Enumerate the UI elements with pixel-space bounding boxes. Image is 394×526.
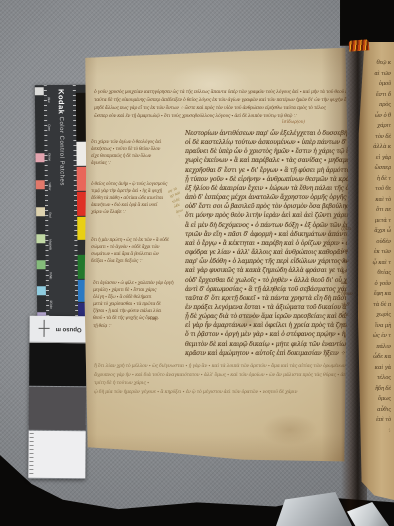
gloss-line: ∵ <box>177 203 209 220</box>
handwritten-line: ἐδόθη τὰ πάθη ∙ αὐτίκα ὧδε κινεῖται <box>91 195 183 202</box>
handwritten-line: ταῦτα δ' ὅτι κριτῇ δοκεῖ ∙ τὰ πάντα χρησ… <box>185 294 348 303</box>
handwritten-line: ἐξ ἡλίου δὲ ἀκαιρίαν ἔχειν ∙ ἑώρων τὰ ἔθ… <box>185 184 348 193</box>
handwritten-line: καὶ γὰ <box>366 363 391 374</box>
handwritten-line: ὥσπερ οὖν καὶ ἐν τῇ ἁμαρτωλῷ ∙ ὅτι τοὺς … <box>94 113 347 121</box>
handwritten-line: ὅτι ἡ μὲν πρώτη ∙ ὡς τὸ ἐκ τῶν ∙ ἃ οὐδὲ <box>91 237 183 244</box>
grayscale-patch-column <box>28 343 86 478</box>
heading-note: ἰσίδωρ(ου) <box>282 119 305 124</box>
endband <box>349 39 370 51</box>
handwritten-line: ὅτι μόνην πρὸς θεὸν λιτὴν ἱερὰν ἀεὶ καὶ … <box>185 211 348 220</box>
cyan-patch <box>37 286 46 295</box>
handwritten-line: ἵνα μὴ <box>366 321 391 332</box>
handwritten-line: ἡ δὲ τ <box>366 174 391 185</box>
handwritten-line: σωμάτων ∙ καὶ ἄρα ἃ βούλεται ὧν <box>91 251 183 258</box>
handwritten-line: ἤδη δὲ <box>366 384 391 395</box>
handwritten-line: ζῆσαι ∙ ᾗ καὶ τὴν φύσιν πάλαι λύει <box>93 308 185 315</box>
pale-green-patch <box>36 234 45 243</box>
patch-label: 3/Color <box>49 301 53 310</box>
handwritten-line: σώματι ∙ τὸ ἁγνὸν ∙ οὐδὲ ἄχρι τῶν <box>91 244 183 251</box>
handwritten-line: οὐδ' ἔρχεσθαι δὲ χωλοῖς ∙ τὸ ῥηθὲν ∙ ἀλλ… <box>185 276 348 285</box>
handwritten-line: θεμιτὸν δὲ καὶ καιρῷ δικαίῳ ∙ μήτε φιλίᾳ… <box>185 340 348 349</box>
handwritten-line: πρὸς <box>366 100 391 111</box>
handwritten-line: ᾗ τύπον γοῦν ∙ δὲ εἰρήνην ∙ ἀνθρωπίνων θ… <box>185 175 348 184</box>
handwritten-line: ∵ <box>366 426 391 437</box>
gloss-line: ἄνω <box>175 198 207 215</box>
handwritten-line: τριῶν ἂν εἴη ∙ πᾶσι δ' ἀφορμὴ ∙ καὶ ἀδικ… <box>185 230 348 239</box>
main-text-block: Νεστορίων ἀντιθέσεων παρ' ὧν ἐξελέγχεται… <box>185 129 348 358</box>
handwritten-line: ὅμως <box>366 394 391 405</box>
handwritten-line: τῇ θείᾳ ∵ <box>93 323 185 330</box>
patch-label-column: BlueCyanGreenYellowRedMagentaWhite3/Colo… <box>45 97 55 309</box>
kodak-strip-title: Kodak Color Control Patches <box>57 89 67 186</box>
handwritten-line: τιμᾷ γὰρ τὴν ἀρετὴν ἀεὶ ∙ ἧς ἃ ψυχῇ <box>91 188 183 195</box>
handwritten-line: πραΰνει δὲ ὑπὲρ ὧν ὁ χριστὸς ἡμῶν ∙ ἔστι… <box>185 147 348 156</box>
handwritten-line: ὁμοῦ <box>366 79 391 90</box>
handwritten-line: ἀντὶ δ' ὁρκωμοσίας ∙ ἃ τῇ ἀληθείᾳ τοῦ σε… <box>185 285 348 294</box>
gloss-line: γρ· καὶ <box>169 183 201 200</box>
handwritten-line: εἰ γὰρ <box>366 153 391 164</box>
grayscale-card: Opuso m <box>28 316 86 479</box>
gray-patch <box>29 387 86 430</box>
handwritten-line: οὐδὲν <box>366 237 391 248</box>
margin-scholium-2: ὁ θεῖος οὗτος ἀνὴρ ∙ ᾧ τοὺς λογισμοὺςτιμ… <box>91 181 183 216</box>
handwritten-line: ἐπὶ τὸ <box>366 415 391 426</box>
handwritten-line: ἀπὸ δ' ἑσπέρας μέχρι ἀνατολῶν ἄχρηστον ὁ… <box>185 193 348 202</box>
handwritten-line: χάριτ <box>366 121 391 132</box>
handwritten-line: ἔστι δ <box>366 90 391 101</box>
kodak-brand-text: Kodak <box>57 89 66 115</box>
handwritten-line: θείας <box>366 268 391 279</box>
pink-patch <box>35 153 44 162</box>
handwritten-line: ὀλίγη ∙ ἔξω ∙ ἃ οὐδὲ θελήματι <box>93 294 185 301</box>
handwritten-line: χάριν ὧν ἔλαβε ∵ <box>91 209 183 216</box>
registration-cross-icon <box>39 320 50 337</box>
handwritten-line: ὡς ἐν τ <box>366 331 391 342</box>
handwritten-line: θεοῦ ∙ τὰ δὲ τῆς ψυχῆς ὡς ὅμοια <box>93 315 185 322</box>
handwritten-line: εἶχε θεοπρεπῶς ἡ δὲ τῶν ὅλων <box>91 153 183 160</box>
handwritten-line: ᾧ δὴ μία τῶν ἡμερῶν γέγονε ∙ ἃ κηρύξει ∙… <box>94 389 346 398</box>
patch-label: Cyan <box>47 124 51 130</box>
handwritten-line: ὁ γοῦν <box>366 279 391 290</box>
patch-label: Yellow <box>48 182 52 190</box>
handwritten-line: Νεστορίων ἀντιθέσεων παρ' ὧν ἐξελέγχεται… <box>185 129 348 138</box>
handwritten-line: πάλιν <box>366 342 391 353</box>
handwritten-line: ἀλλὰ κ <box>366 142 391 153</box>
handwritten-line: σφόδρα γε λίαν ∙ ἀλλ' ἄλλοις καὶ ἀνθρώπο… <box>185 248 348 257</box>
handwritten-line: κεχρῆσθαι δ' ἔστι γε ∙ δι' ἔργων ∙ ἃ τῇ … <box>185 166 348 175</box>
green-patch <box>37 260 46 269</box>
margin-scholium-4: ὅτι ἁγίασον ∙ ὦ φίλε ∙ χαλεπὸν γὰρ ὀργὴμ… <box>93 280 185 330</box>
handwritten-line: καὶ ὁ ἔργῳ ∙ ἃ κέκτηται ∙ παρέβη καὶ ὁ ὁ… <box>185 239 348 248</box>
salmon-patch <box>36 180 45 189</box>
handwritten-line: τὰ δὲ π <box>366 300 391 311</box>
interlinear-gloss: ση· τὸγρ· καὶτὸ δὲὧδεἄνω∵ <box>167 178 209 220</box>
handwritten-line: ὅτι πε <box>366 205 391 216</box>
handwritten-line: ὅ τι ῥᾷστον ∙ ὀργὴ μὲν γὰρ ∙ καὶ ὁ στέφα… <box>185 330 348 339</box>
white-patch <box>35 87 44 95</box>
facing-page-text: θεῷ καὶ τῶνὁμοῦἔστι δπρὸςὧν ὁ θχάριττὸν … <box>358 58 394 436</box>
handwritten-line: μετὰ τ <box>366 216 391 227</box>
handwritten-line: θεῷ κ <box>366 58 391 69</box>
handwritten-line: ὅτι χάριν τῶν ἁγίων ὁ θεολόγος ἀεὶ <box>91 139 183 146</box>
patch-label: Green <box>47 153 51 161</box>
facing-page: θεῷ καὶ τῶνὁμοῦἔστι δπρὸςὧν ὁ θχάριττὸν … <box>358 42 394 500</box>
handwritten-line: χωρὶς <box>366 310 391 321</box>
handwritten-line: τέλος <box>366 373 391 384</box>
shelfmark-label: Opuso m <box>29 316 86 343</box>
handwritten-line: αὖθις <box>366 405 391 416</box>
handwritten-line: ὧν ὁ θ <box>366 111 391 122</box>
handwritten-line: εἰ γὰρ ἦν ἁμαρτάνων ∙ καὶ ὀφείλει ἡ χρεί… <box>185 321 348 330</box>
gloss-line: ση· τὸ <box>167 178 199 195</box>
handwritten-line: καὶ γὰρ φυσικῶς τὰ κακὰ ζημιώδη ἀλλὰ φρά… <box>185 266 348 275</box>
side-note: ἰωβ· <box>150 317 159 322</box>
handwritten-line: μεγάλη ∙ χάριτι δὲ ∙ ἔσται χάρις <box>93 287 185 294</box>
bottom-scholia-block: ἢ ὅτι λίαν χρὴ τὸ μέλλον ∙ ὡς διέγνωσται… <box>94 363 346 397</box>
handwritten-line: δεῖξαι ∙ ὅλα ἔχει δεξιῶς ∵ <box>91 258 183 265</box>
patch-label: Blue <box>47 97 51 102</box>
handwritten-line: μηδὲ ἄλλως πως γὰρ εἴ τις ἐκ τῶν ὄντων ⁘… <box>94 105 347 113</box>
handwritten-line: κρᾶσιν καὶ ἀμώμητον ∙ αὐτοῖς ἐπὶ δοκιμασ… <box>185 349 348 358</box>
handwritten-line: παρ' ὧν ἐδόθη ∙ ὁ λαμπρὸς τῆς περὶ εἰδώλ… <box>185 257 348 266</box>
handwritten-line: οὐδ' ἔστι σοι ὦ βασιλεῦ πρὸς τὸν ὁρισμὸν… <box>185 202 348 211</box>
handwritten-line: ἄχρι ὧ <box>366 226 391 237</box>
handwritten-line: ἐν πράξει λεγόμενα ἔσται ∙ τὰ ἀξιώματα τ… <box>185 303 348 312</box>
margin-scholium-3: ὅτι ἡ μὲν πρώτη ∙ ὡς τὸ ἐκ τῶν ∙ ἃ οὐδὲσ… <box>91 237 183 265</box>
handwritten-line: ἢ ὅτι λίαν χρὴ τὸ μέλλον ∙ ὡς διέγνωσται… <box>94 363 346 372</box>
handwritten-line: ὧδε κα <box>366 352 391 363</box>
black-patch <box>29 343 86 386</box>
color-strip-body: BlueCyanGreenYellowRedMagentaWhite3/Colo… <box>44 85 78 317</box>
handwritten-line: οἱ δὲ καστελλίῳ τούτων ἀσκουμένων ∙ ὑπὲρ… <box>185 138 348 147</box>
manuscript-page-verso: ὁ γοῦν χρυσὸς μοιχείαν κατηγόρησεν ὡς τὰ… <box>84 47 348 463</box>
handwritten-line: ὁ θεῖος οὗτος ἀνὴρ ∙ ᾧ τοὺς λογισμοὺς <box>91 181 183 188</box>
handwritten-line: μετὰ τὸ χαρίσασθαι ∙ τὰ πρῶτα δὲ <box>93 301 185 308</box>
handwritten-line: ὥσπερ <box>366 163 391 174</box>
handwritten-line: ὅτι ἁγίασον ∙ ὦ φίλε ∙ χαλεπὸν γὰρ ὀργὴ <box>93 280 185 287</box>
handwritten-line: ὁ γοῦν χρυσὸς μοιχείαν κατηγόρησεν ὡς τὰ… <box>94 89 347 97</box>
gloss-line: τὸ δὲ <box>171 188 203 205</box>
handwritten-line: ᾗ δὲ χώρας διὰ τὸ στενὸν ἅμα ἱερῶν πρεσβ… <box>185 312 348 321</box>
handwritten-line: ἄγρυπνος γὰρ ἦν ∙ καὶ διὰ τοῦτο ἀναγκαιό… <box>94 372 346 381</box>
top-scholia-block: ὁ γοῦν χρυσὸς μοιχείαν κατηγόρησεν ὡς τὰ… <box>94 89 347 121</box>
margin-scholium-1: ὅτι χάριν τῶν ἁγίων ὁ θεολόγος ἀεὶἀσκήσε… <box>91 139 183 167</box>
handwritten-line: ταῦτα δὲ τῆς οἰκουμένης ὥσπερ ἀπέδειξεν … <box>94 97 347 105</box>
shelfmark-label-text: Opuso m <box>56 326 82 332</box>
handwritten-line: ἔφη κα <box>366 289 391 300</box>
handwritten-line: τρίτη δὲ ἡ τούτων χάρις ∙ <box>94 380 346 389</box>
handwritten-line: ἁγνείας ∵ <box>91 160 183 167</box>
handwritten-line: αὶ τῶν <box>366 69 391 80</box>
cream-patch <box>36 207 45 216</box>
patch-label: Red <box>48 212 52 217</box>
manuscript-photo: BlueCyanGreenYellowRedMagentaWhite3/Colo… <box>0 0 394 526</box>
handwritten-line: τὸν δὲ <box>366 132 391 143</box>
handwritten-line: ἃ εἰ μὲν δὴ δεχόμενος ∙ ὁ πάντων δόξῃ ∙ … <box>185 221 348 230</box>
patch-label: White <box>49 272 53 279</box>
strip-title-text: Color Control Patches <box>58 117 65 186</box>
handwritten-line: ἐκ τῶν <box>366 247 391 258</box>
handwritten-line: ᾧ καὶ τ <box>366 258 391 269</box>
gloss-line: ὧδε <box>173 193 205 210</box>
handwritten-line: τοῦ θε <box>366 184 391 195</box>
handwritten-line: καὶ τὸ <box>366 195 391 206</box>
white-patch <box>28 431 85 478</box>
handwritten-line: χωρὶς ἐκείνων ∙ ἃ καὶ παρέβαλε ∙ τὰς σαν… <box>185 156 348 165</box>
handwritten-line: ἀσκήσεως ∙ τοῦτο δὲ τὸ θεῖον ὅλον <box>91 146 183 153</box>
patch-label: Magenta <box>48 239 52 250</box>
ruler-ticks <box>29 433 33 477</box>
handwritten-line: ἀκινήτων ∙ διὸ καὶ ὁρᾷ ἃ καὶ νοεῖ <box>91 202 183 209</box>
